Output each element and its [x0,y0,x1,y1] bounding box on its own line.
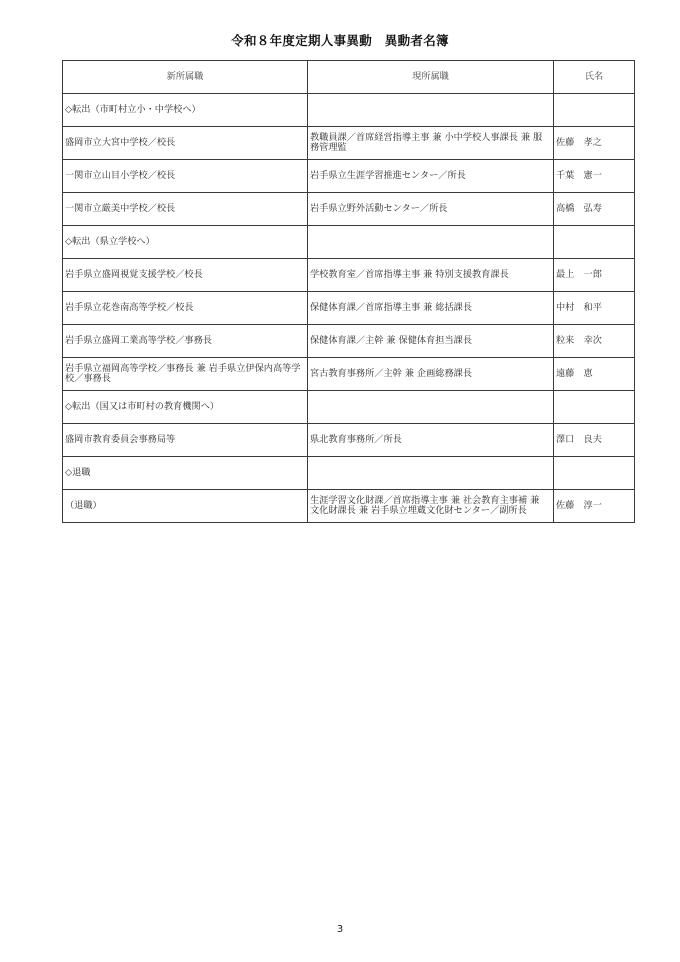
new-position-cell: 盛岡市立大宮中学校／校長 [63,127,308,160]
new-position-cell: 岩手県立盛岡工業高等学校／事務長 [63,325,308,358]
personnel-transfer-table: 新所属職 現所属職 氏名 ◇転出（市町村立小・中学校へ） 盛岡市立大宮中学校／校… [62,60,635,523]
new-position-cell: ◇転出（県立学校へ） [63,226,308,259]
header-new-position: 新所属職 [63,61,308,94]
name-cell: 高橋 弘寿 [554,193,635,226]
table-row: 岩手県立盛岡工業高等学校／事務長 保健体育課／主幹 兼 保健体育担当課長 粒来 … [63,325,635,358]
new-position-cell: 一関市立厳美中学校／校長 [63,193,308,226]
new-position-cell: ◇退職 [63,457,308,490]
new-position-cell: 岩手県立福岡高等学校／事務長 兼 岩手県立伊保内高等学校／事務長 [63,358,308,391]
name-cell: 遠藤 恵 [554,358,635,391]
name-cell [554,94,635,127]
new-position-cell: 一関市立山目小学校／校長 [63,160,308,193]
current-position-cell: 県北教育事務所／所長 [308,424,554,457]
name-cell [554,457,635,490]
current-position-cell [308,226,554,259]
table-row: 盛岡市教育委員会事務局等 県北教育事務所／所長 澤口 良夫 [63,424,635,457]
name-cell: 佐藤 孝之 [554,127,635,160]
new-position-cell: 岩手県立盛岡視覚支援学校／校長 [63,259,308,292]
name-cell [554,391,635,424]
page-number: 3 [0,924,680,935]
new-position-cell: ◇転出（市町村立小・中学校へ） [63,94,308,127]
current-position-cell: 保健体育課／首席指導主事 兼 総括課長 [308,292,554,325]
table-row: （退職） 生涯学習文化財課／首席指導主事 兼 社会教育主事補 兼 文化財課長 兼… [63,490,635,523]
name-cell: 粒来 幸次 [554,325,635,358]
current-position-cell: 教職員課／首席経営指導主事 兼 小中学校人事課長 兼 服務管理監 [308,127,554,160]
section-row: ◇転出（国又は市町村の教育機関へ） [63,391,635,424]
table-row: 岩手県立花巻南高等学校／校長 保健体育課／首席指導主事 兼 総括課長 中村 和平 [63,292,635,325]
current-position-cell: 岩手県立野外活動センター／所長 [308,193,554,226]
current-position-cell: 宮古教育事務所／主幹 兼 企画総務課長 [308,358,554,391]
table-row: 一関市立山目小学校／校長 岩手県立生涯学習推進センター／所長 千葉 憲一 [63,160,635,193]
document-title: 令和８年度定期人事異動 異動者名簿 [0,31,680,49]
table-row: 岩手県立盛岡視覚支援学校／校長 学校教育室／首席指導主事 兼 特別支援教育課長 … [63,259,635,292]
name-cell: 中村 和平 [554,292,635,325]
section-row: ◇転出（県立学校へ） [63,226,635,259]
table-row: 盛岡市立大宮中学校／校長 教職員課／首席経営指導主事 兼 小中学校人事課長 兼 … [63,127,635,160]
name-cell: 千葉 憲一 [554,160,635,193]
new-position-cell: （退職） [63,490,308,523]
new-position-cell: 盛岡市教育委員会事務局等 [63,424,308,457]
section-row: ◇転出（市町村立小・中学校へ） [63,94,635,127]
current-position-cell [308,391,554,424]
current-position-cell: 生涯学習文化財課／首席指導主事 兼 社会教育主事補 兼 文化財課長 兼 岩手県立… [308,490,554,523]
section-row: ◇退職 [63,457,635,490]
current-position-cell [308,94,554,127]
table-row: 岩手県立福岡高等学校／事務長 兼 岩手県立伊保内高等学校／事務長 宮古教育事務所… [63,358,635,391]
current-position-cell: 学校教育室／首席指導主事 兼 特別支援教育課長 [308,259,554,292]
new-position-cell: 岩手県立花巻南高等学校／校長 [63,292,308,325]
table-header-row: 新所属職 現所属職 氏名 [63,61,635,94]
header-name: 氏名 [554,61,635,94]
header-current-position: 現所属職 [308,61,554,94]
current-position-cell [308,457,554,490]
name-cell: 澤口 良夫 [554,424,635,457]
current-position-cell: 岩手県立生涯学習推進センター／所長 [308,160,554,193]
table-row: 一関市立厳美中学校／校長 岩手県立野外活動センター／所長 高橋 弘寿 [63,193,635,226]
name-cell [554,226,635,259]
name-cell: 最上 一郎 [554,259,635,292]
name-cell: 佐藤 淳一 [554,490,635,523]
new-position-cell: ◇転出（国又は市町村の教育機関へ） [63,391,308,424]
current-position-cell: 保健体育課／主幹 兼 保健体育担当課長 [308,325,554,358]
